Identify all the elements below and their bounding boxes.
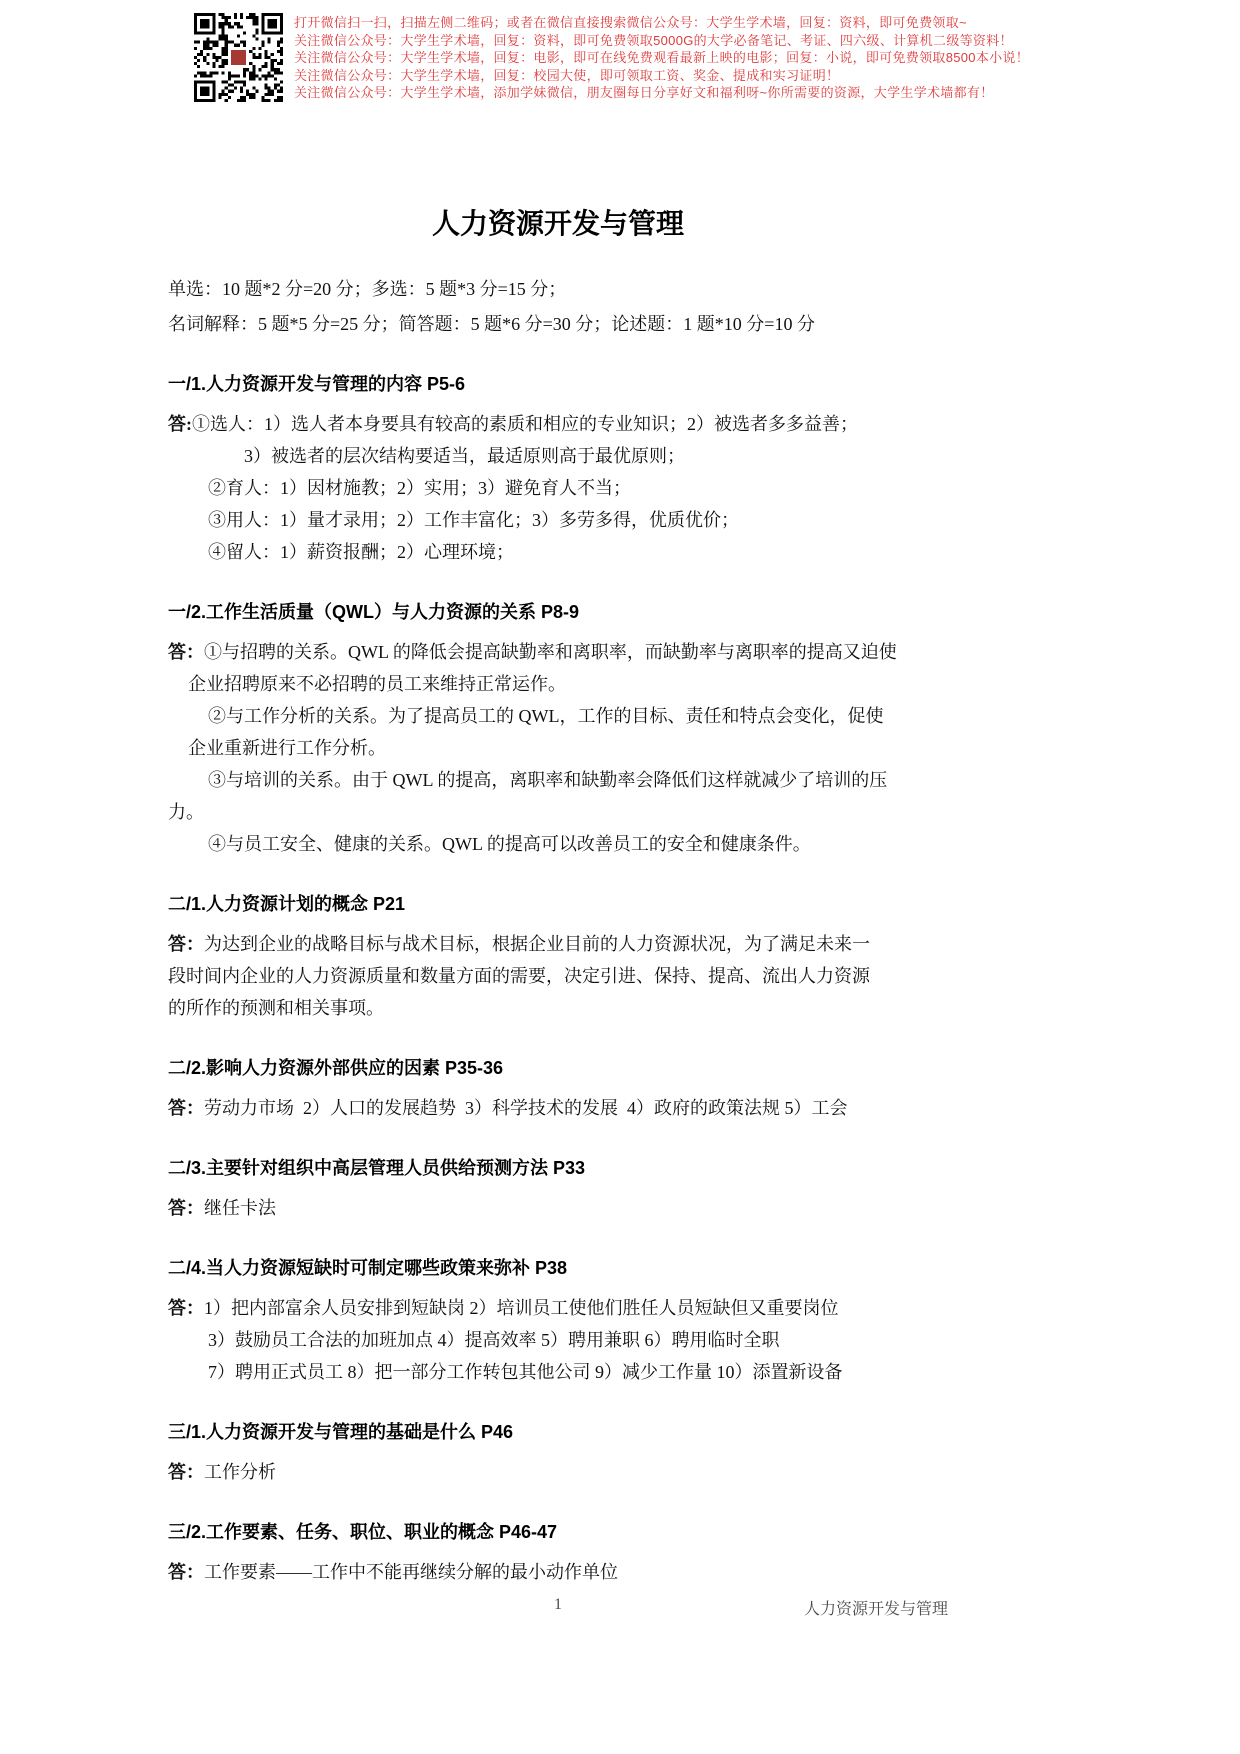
answer-line: ③与培训的关系。由于 QWL 的提高，离职率和缺勤率会降低们这样就减少了培训的压 [168,764,956,796]
promo-line: 关注微信公众号：大学生学术墙，回复：校园大使，即可领取工资、奖金、提成和实习证明… [294,67,1029,85]
answer-line: 答：1）把内部富余人员安排到短缺岗 2）培训员工使他们胜任人员短缺但又重要岗位 [168,1292,956,1324]
answer-text: 的所作的预测和相关事项。 [168,998,384,1018]
answer-text: 继任卡法 [204,1198,276,1218]
question-heading: 一/1.人力资源开发与管理的内容 P5-6 [168,368,956,400]
answer-prefix: 答： [168,642,204,662]
answer-text: 劳动力市场 2）人口的发展趋势 3）科学技术的发展 4）政府的政策法规 5）工会 [204,1098,848,1118]
qa-section: 二/1.人力资源计划的概念 P21答：为达到企业的战略目标与战术目标，根据企业目… [168,888,956,1024]
question-heading: 二/4.当人力资源短缺时可制定哪些政策来弥补 P38 [168,1252,956,1284]
answer-prefix: 答： [168,1098,204,1118]
promo-line: 打开微信扫一扫，扫描左侧二维码；或者在微信直接搜索微信公众号：大学生学术墙，回复… [294,14,1029,32]
answer-text: ③与培训的关系。由于 QWL 的提高，离职率和缺勤率会降低们这样就减少了培训的压 [208,770,887,790]
answer-line: 段时间内企业的人力资源质量和数量方面的需要，决定引进、保持、提高、流出人力资源 [168,960,956,992]
answer-line: 答：①与招聘的关系。QWL 的降低会提高缺勤率和离职率，而缺勤率与离职率的提高又… [168,636,956,668]
answer-line: 答：工作要素——工作中不能再继续分解的最小动作单位 [168,1556,956,1588]
answer-line: ③用人：1）量才录用；2）工作丰富化；3）多劳多得，优质优价； [168,504,956,536]
answer-prefix: 答： [168,1298,204,1318]
answer-line: ②育人：1）因材施教；2）实用；3）避免育人不当； [168,472,956,504]
footer-doc-title: 人力资源开发与管理 [804,1596,948,1619]
answer-line: 答：工作分析 [168,1456,956,1488]
answer-text: 1）把内部富余人员安排到短缺岗 2）培训员工使他们胜任人员短缺但又重要岗位 [204,1298,839,1318]
question-heading: 二/1.人力资源计划的概念 P21 [168,888,956,920]
scoring-line: 单选：10 题*2 分=20 分；多选：5 题*3 分=15 分； [168,272,988,307]
promo-line: 关注微信公众号：大学生学术墙，添加学妹微信，朋友圈每日分享好文和福利呀~你所需要… [294,84,1029,102]
promo-line: 关注微信公众号：大学生学术墙，回复：电影，即可在线免费观看最新上映的电影；回复：… [294,49,1029,67]
answer-text: ②与工作分析的关系。为了提高员工的 QWL，工作的目标、责任和特点会变化，促使 [208,706,883,726]
answer-text: ①选人：1）选人者本身要具有较高的素质和相应的专业知识；2）被选者多多益善； [192,414,858,434]
answer-line: 答：继任卡法 [168,1192,956,1224]
question-heading: 二/3.主要针对组织中高层管理人员供给预测方法 P33 [168,1152,956,1184]
answer-line: 企业重新进行工作分析。 [168,732,956,764]
document-page: 打开微信扫一扫，扫描左侧二维码；或者在微信直接搜索微信公众号：大学生学术墙，回复… [0,0,1240,1754]
document-title: 人力资源开发与管理 [168,202,948,242]
answer-prefix: 答: [168,414,192,434]
answer-text: 7）聘用正式员工 8）把一部分工作转包其他公司 9）减少工作量 10）添置新设备 [208,1362,843,1382]
answer-text: 3）被选者的层次结构要适当，最适原则高于最优原则； [244,446,685,466]
exam-scoring-info: 单选：10 题*2 分=20 分；多选：5 题*3 分=15 分；名词解释：5 … [168,272,988,342]
answer-text: ①与招聘的关系。QWL 的降低会提高缺勤率和离职率，而缺勤率与离职率的提高又迫使 [204,642,897,662]
answer-line: 力。 [168,796,956,828]
answer-line: 答:①选人：1）选人者本身要具有较高的素质和相应的专业知识；2）被选者多多益善； [168,408,956,440]
answer-line: ②与工作分析的关系。为了提高员工的 QWL，工作的目标、责任和特点会变化，促使 [168,700,956,732]
answer-line: 答：为达到企业的战略目标与战术目标，根据企业目前的人力资源状况，为了满足未来一 [168,928,956,960]
answer-line: 3）被选者的层次结构要适当，最适原则高于最优原则； [168,440,956,472]
answer-text: 3）鼓励员工合法的加班加点 4）提高效率 5）聘用兼职 6）聘用临时全职 [208,1330,780,1350]
promo-line: 关注微信公众号：大学生学术墙，回复：资料，即可免费领取5000G的大学必备笔记、… [294,32,1029,50]
answer-prefix: 答： [168,1198,204,1218]
qa-section: 三/1.人力资源开发与管理的基础是什么 P46答：工作分析 [168,1416,956,1488]
answer-line: 答：劳动力市场 2）人口的发展趋势 3）科学技术的发展 4）政府的政策法规 5）… [168,1092,956,1124]
promo-header: 打开微信扫一扫，扫描左侧二维码；或者在微信直接搜索微信公众号：大学生学术墙，回复… [194,13,1029,102]
answer-line: 企业招聘原来不必招聘的员工来维持正常运作。 [168,668,956,700]
answer-line: ④留人：1）薪资报酬；2）心理环境； [168,536,956,568]
page-footer: 1 人力资源开发与管理 [168,1596,948,1620]
answer-prefix: 答： [168,934,204,954]
qr-code-icon [194,13,283,102]
promo-text-block: 打开微信扫一扫，扫描左侧二维码；或者在微信直接搜索微信公众号：大学生学术墙，回复… [294,13,1029,102]
qa-section: 二/2.影响人力资源外部供应的因素 P35-36答：劳动力市场 2）人口的发展趋… [168,1052,956,1124]
question-heading: 一/2.工作生活质量（QWL）与人力资源的关系 P8-9 [168,596,956,628]
answer-line: 的所作的预测和相关事项。 [168,992,956,1024]
answer-text: ②育人：1）因材施教；2）实用；3）避免育人不当； [208,478,631,498]
answer-text: ④与员工安全、健康的关系。QWL 的提高可以改善员工的安全和健康条件。 [208,834,811,854]
answer-prefix: 答： [168,1562,204,1582]
qa-content: 一/1.人力资源开发与管理的内容 P5-6答:①选人：1）选人者本身要具有较高的… [168,368,956,1588]
question-heading: 二/2.影响人力资源外部供应的因素 P35-36 [168,1052,956,1084]
answer-text: 企业招聘原来不必招聘的员工来维持正常运作。 [188,674,566,694]
question-heading: 三/1.人力资源开发与管理的基础是什么 P46 [168,1416,956,1448]
scoring-line: 名词解释：5 题*5 分=25 分；简答题：5 题*6 分=30 分；论述题：1… [168,307,988,342]
qa-section: 三/2.工作要素、任务、职位、职业的概念 P46-47答：工作要素——工作中不能… [168,1516,956,1588]
qa-section: 二/4.当人力资源短缺时可制定哪些政策来弥补 P38答：1）把内部富余人员安排到… [168,1252,956,1388]
answer-text: 工作要素——工作中不能再继续分解的最小动作单位 [204,1562,618,1582]
answer-text: 工作分析 [204,1462,276,1482]
answer-prefix: 答： [168,1462,204,1482]
answer-text: 为达到企业的战略目标与战术目标，根据企业目前的人力资源状况，为了满足未来一 [204,934,870,954]
answer-line: 3）鼓励员工合法的加班加点 4）提高效率 5）聘用兼职 6）聘用临时全职 [168,1324,956,1356]
answer-text: 企业重新进行工作分析。 [188,738,386,758]
answer-text: 力。 [168,802,204,822]
qa-section: 二/3.主要针对组织中高层管理人员供给预测方法 P33答：继任卡法 [168,1152,956,1224]
qa-section: 一/2.工作生活质量（QWL）与人力资源的关系 P8-9答：①与招聘的关系。QW… [168,596,956,860]
answer-text: 段时间内企业的人力资源质量和数量方面的需要，决定引进、保持、提高、流出人力资源 [168,966,870,986]
answer-text: ④留人：1）薪资报酬；2）心理环境； [208,542,514,562]
answer-line: ④与员工安全、健康的关系。QWL 的提高可以改善员工的安全和健康条件。 [168,828,956,860]
answer-text: ③用人：1）量才录用；2）工作丰富化；3）多劳多得，优质优价； [208,510,739,530]
answer-line: 7）聘用正式员工 8）把一部分工作转包其他公司 9）减少工作量 10）添置新设备 [168,1356,956,1388]
qa-section: 一/1.人力资源开发与管理的内容 P5-6答:①选人：1）选人者本身要具有较高的… [168,368,956,568]
question-heading: 三/2.工作要素、任务、职位、职业的概念 P46-47 [168,1516,956,1548]
